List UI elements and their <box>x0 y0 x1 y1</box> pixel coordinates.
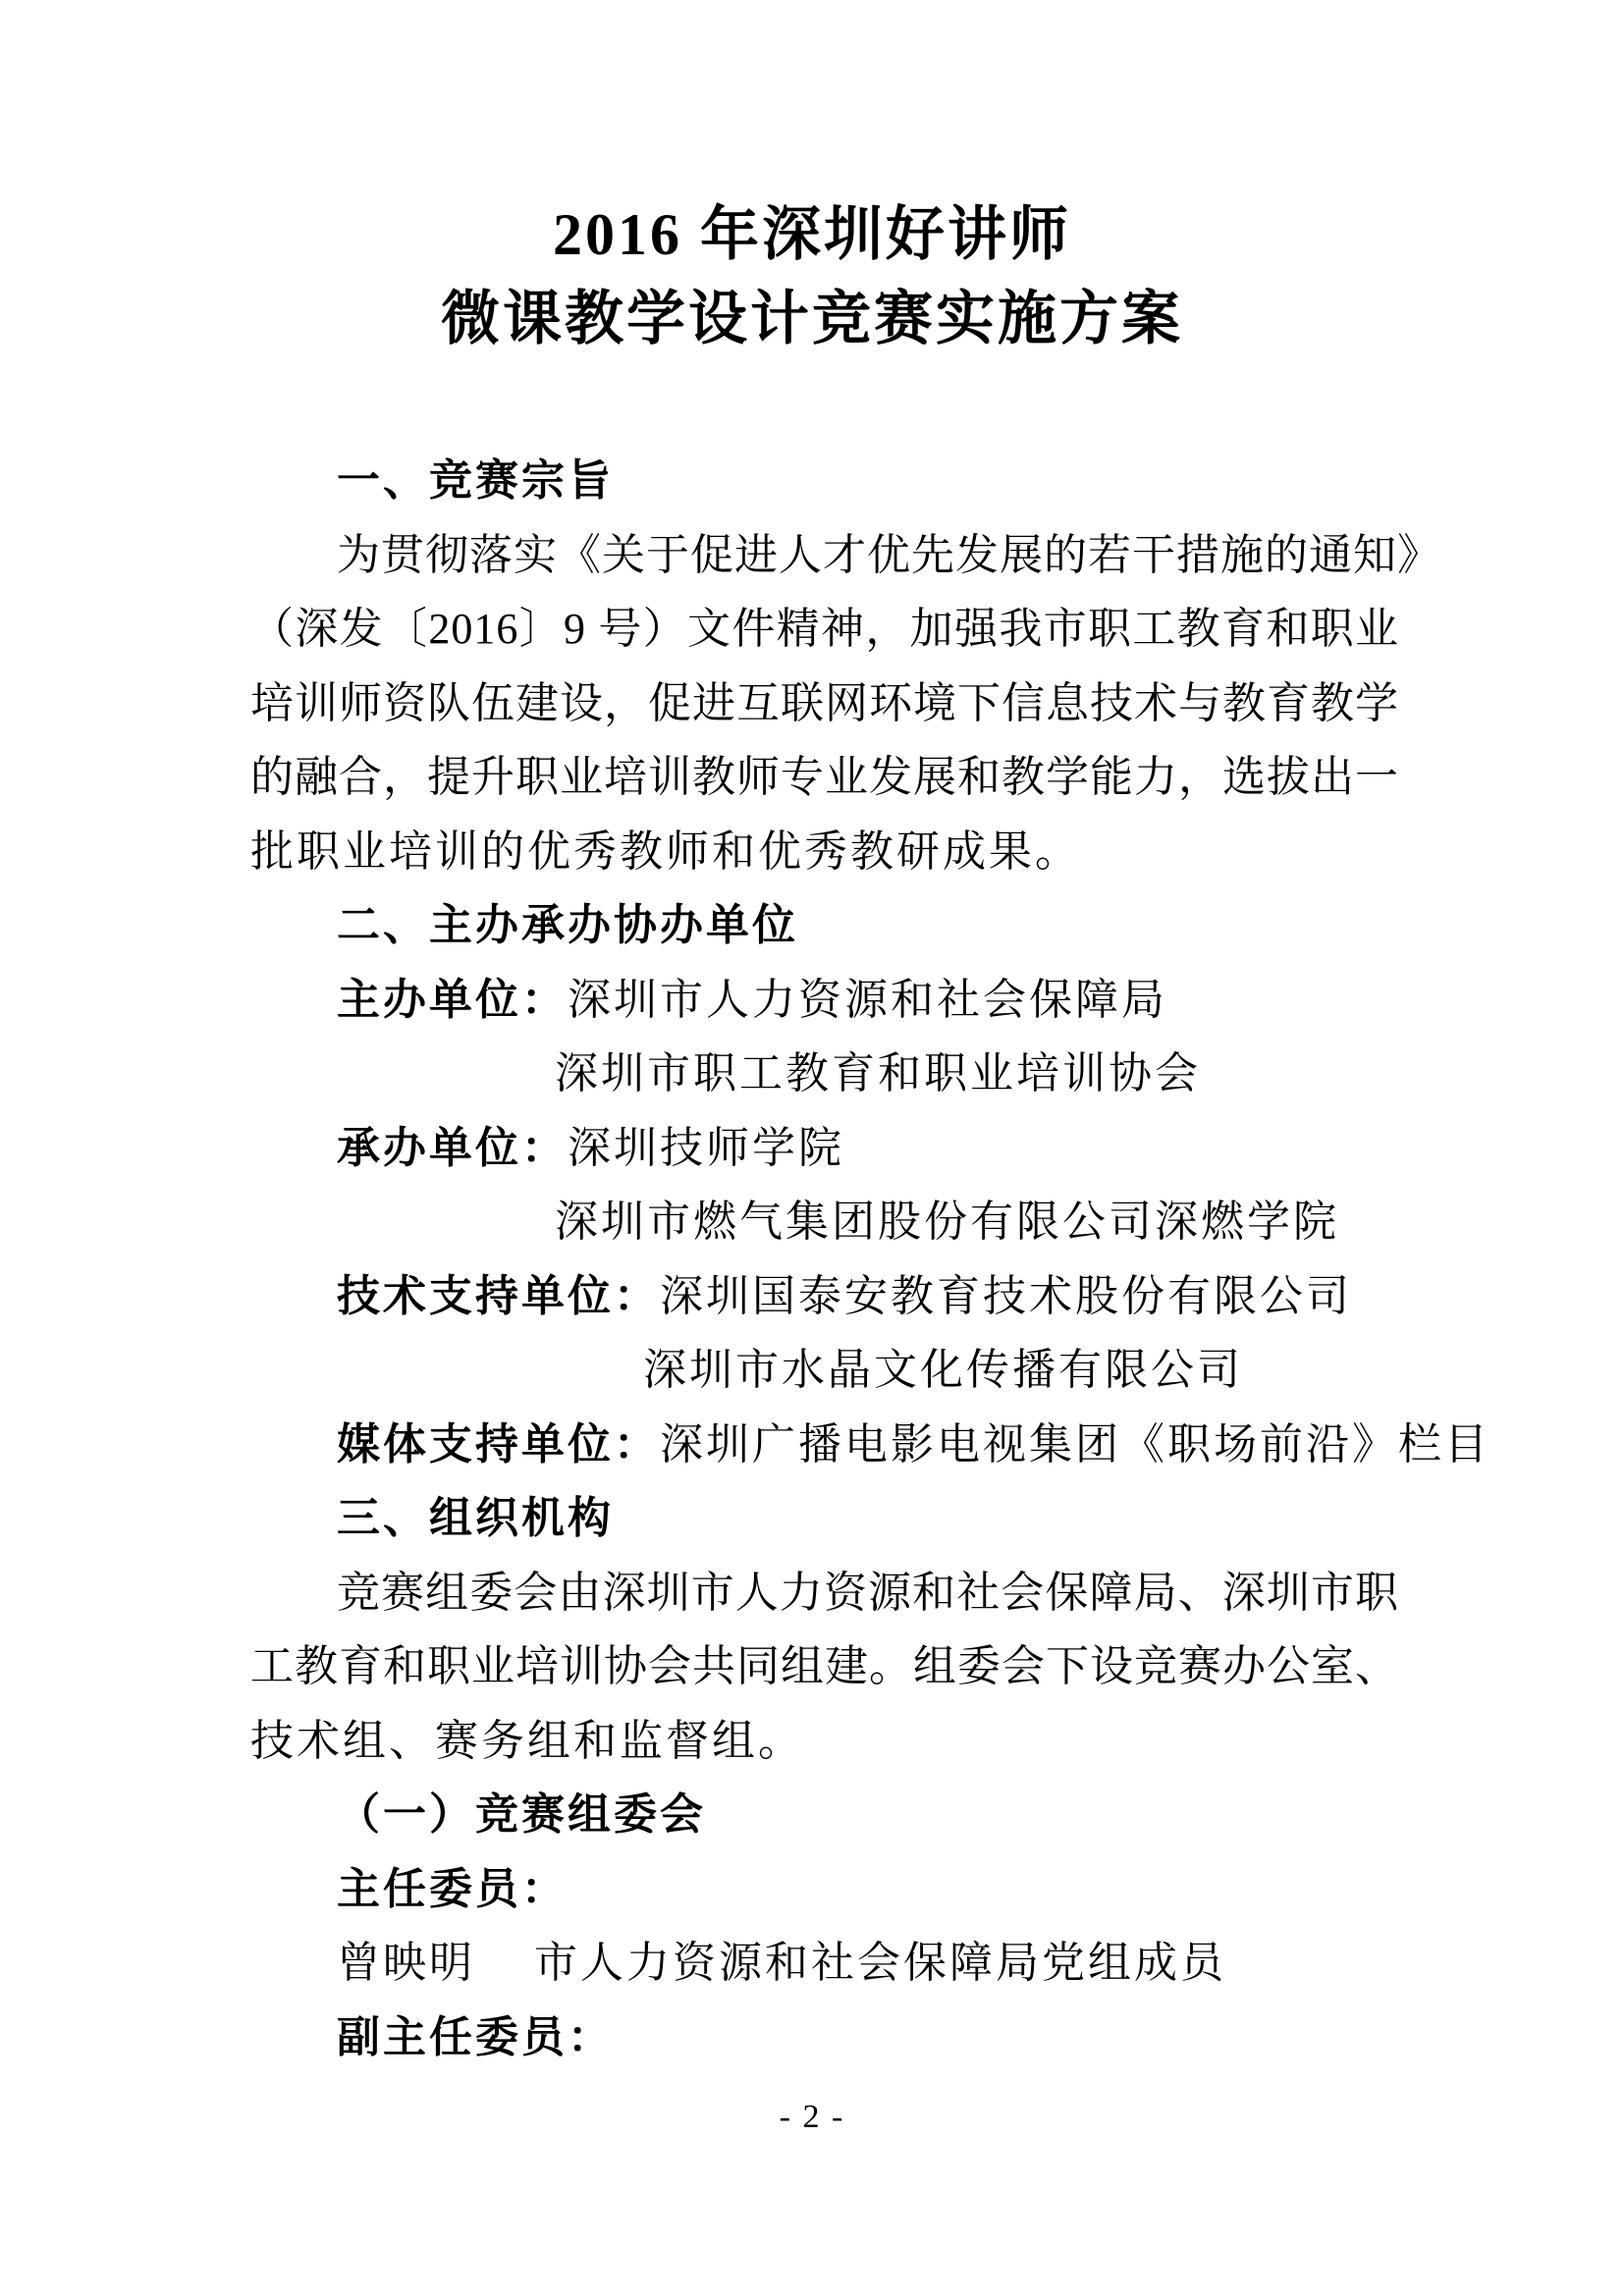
document-title: 2016 年深圳好讲师 微课教学设计竞赛实施方案 <box>0 0 1624 361</box>
section-3-heading: 三、组织机构 <box>250 1481 1399 1556</box>
organizer-row: 承办单位：深圳技师学院 <box>250 1111 1399 1186</box>
organizer-value: 深圳广播电影电视集团《职场前沿》栏目 <box>660 1420 1490 1468</box>
title-line-2: 微课教学设计竞赛实施方案 <box>0 277 1624 361</box>
committee-vice-chair-label: 副主任委员： <box>250 2001 1399 2075</box>
organizer-label: 技术支持单位： <box>337 1272 660 1320</box>
organizer-label: 媒体支持单位： <box>337 1420 660 1468</box>
page-number: - 2 - <box>0 2099 1624 2136</box>
paragraph-line: （深发〔2016〕9 号）文件精神，加强我市职工教育和职业 <box>250 592 1399 667</box>
document-body: 一、竞赛宗旨 为贯彻落实《关于促进人才优先发展的若干措施的通知》 （深发〔201… <box>250 444 1399 2074</box>
document-page: 2016 年深圳好讲师 微课教学设计竞赛实施方案 一、竞赛宗旨 为贯彻落实《关于… <box>0 0 1624 2296</box>
member-name: 曾映明 <box>337 1939 475 1987</box>
committee-member-row: 曾映明市人力资源和社会保障局党组成员 <box>250 1926 1399 2001</box>
subsection-heading: （一）竞赛组委会 <box>250 1778 1399 1852</box>
organizer-value-continuation: 深圳市职工教育和职业培训协会 <box>250 1037 1399 1111</box>
paragraph-line: 为贯彻落实《关于促进人才优先发展的若干措施的通知》 <box>250 518 1399 593</box>
organizer-label: 主办单位： <box>337 976 568 1024</box>
organizer-label: 承办单位： <box>337 1124 568 1172</box>
paragraph-line: 技术组、赛务组和监督组。 <box>250 1704 1399 1779</box>
member-title: 市人力资源和社会保障局党组成员 <box>534 1939 1226 1987</box>
paragraph-line: 的融合，提升职业培训教师专业发展和教学能力，选拔出一 <box>250 740 1399 815</box>
organizer-value: 深圳国泰安教育技术股份有限公司 <box>660 1272 1352 1320</box>
organizer-row: 技术支持单位：深圳国泰安教育技术股份有限公司 <box>250 1259 1399 1334</box>
organizer-row: 媒体支持单位：深圳广播电影电视集团《职场前沿》栏目 <box>250 1408 1399 1482</box>
paragraph-line: 竞赛组委会由深圳市人力资源和社会保障局、深圳市职 <box>250 1556 1399 1630</box>
title-line-1: 2016 年深圳好讲师 <box>0 192 1624 277</box>
paragraph-line: 工教育和职业培训协会共同组建。组委会下设竞赛办公室、 <box>250 1629 1399 1704</box>
paragraph-line: 批职业培训的优秀教师和优秀教研成果。 <box>250 815 1399 889</box>
organizer-row: 主办单位：深圳市人力资源和社会保障局 <box>250 963 1399 1038</box>
committee-chair-label: 主任委员： <box>250 1852 1399 1927</box>
organizer-value-continuation: 深圳市燃气集团股份有限公司深燃学院 <box>250 1185 1399 1259</box>
paragraph-line: 培训师资队伍建设，促进互联网环境下信息技术与教育教学 <box>250 667 1399 741</box>
organizer-value: 深圳市人力资源和社会保障局 <box>568 976 1167 1024</box>
organizer-value-continuation: 深圳市水晶文化传播有限公司 <box>250 1333 1399 1408</box>
section-1-heading: 一、竞赛宗旨 <box>250 444 1399 518</box>
section-2-heading: 二、主办承办协办单位 <box>250 888 1399 963</box>
organizer-value: 深圳技师学院 <box>568 1124 844 1172</box>
